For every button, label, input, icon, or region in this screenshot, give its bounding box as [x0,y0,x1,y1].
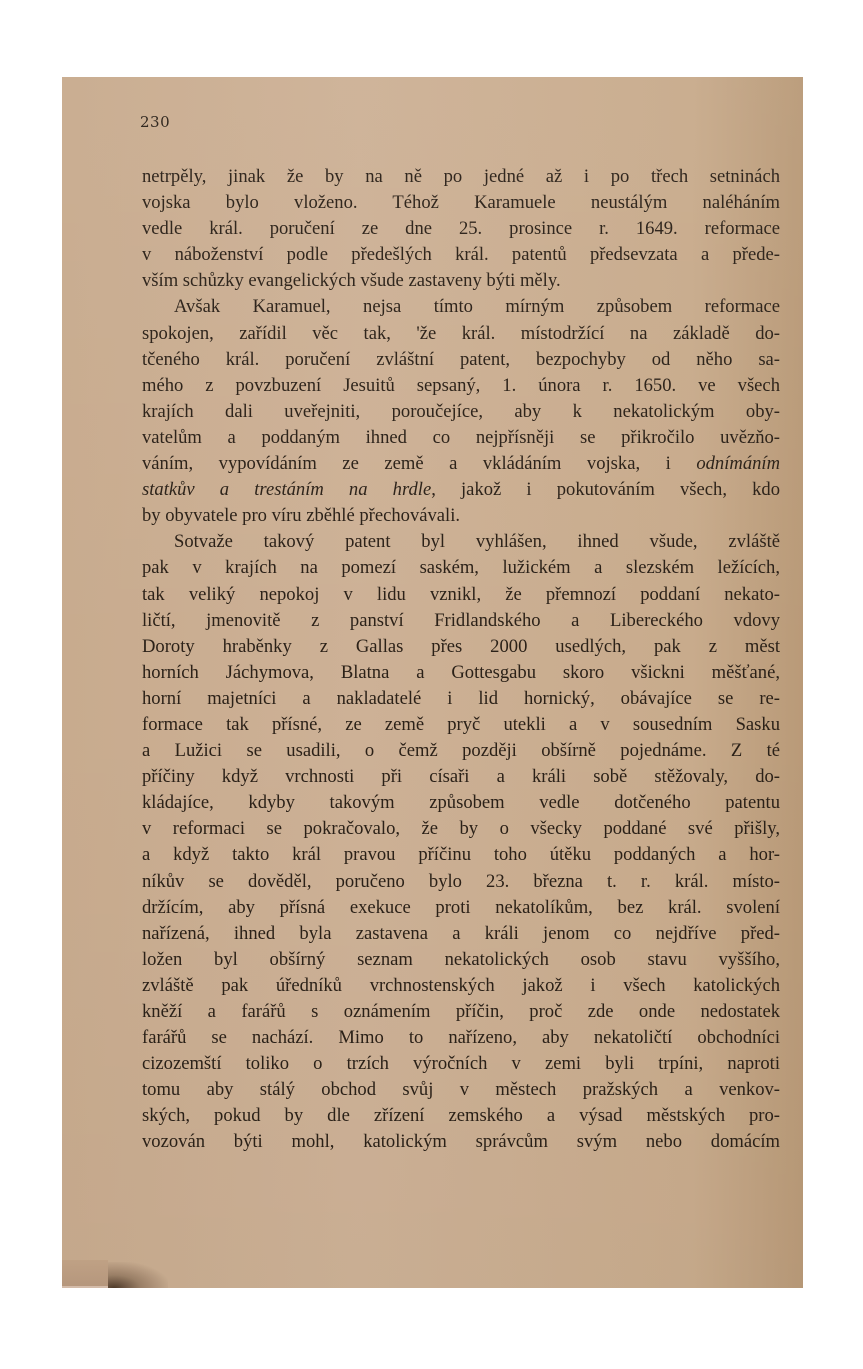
text-line: a Lužici se usadili, o čemž později obší… [142,738,780,764]
page-corner-shadow [62,1260,202,1288]
text-line: cizozemští toliko o trzích výročních v z… [142,1051,780,1077]
page-number: 230 [140,113,170,131]
text-line: Avšak Karamuel, nejsa tímto mírným způso… [142,294,780,320]
text-line: a když takto král pravou příčinu toho út… [142,842,780,868]
text-line: držícím, aby přísná exekuce proti nekato… [142,895,780,921]
text-line: vedle král. poručení ze dne 25. prosince… [142,216,780,242]
text-line: ských, pokud by dle zřízení zemského a v… [142,1103,780,1129]
text-line: vatelům a poddaným ihned co nejpřísněji … [142,425,780,451]
text-line: statkův a trestáním na hrdle, jakož i po… [142,477,780,503]
text-line: farářů se nachází. Mimo to nařízeno, aby… [142,1025,780,1051]
text-line: tčeného král. poručení zvláštní patent, … [142,347,780,373]
body-text: netrpěly, jinak že by na ně po jedné až … [142,164,780,1156]
text-line: kněží a farářů s oznámením příčin, proč … [142,999,780,1025]
text-line: horních Jáchymova, Blatna a Gottesgabu s… [142,660,780,686]
text-line: tak veliký nepokoj v lidu vznikl, že pře… [142,582,780,608]
text-line: ličtí, jmenovitě z panství Fridlandského… [142,608,780,634]
text-line: zvláště pak úředníků vrchnostenských jak… [142,973,780,999]
text-line: vozován býti mohl, katolickým správcům s… [142,1129,780,1155]
text-line: kládajíce, kdyby takovým způsobem vedle … [142,790,780,816]
text-line: mého z povzbuzení Jesuitů sepsaný, 1. ún… [142,373,780,399]
italic-emphasis: statkův a trestáním na hrdle [142,479,431,500]
text-line: by obyvatele pro víru zběhlé přechovával… [142,503,780,529]
book-page: 230 netrpěly, jinak že by na ně po jedné… [62,77,803,1288]
text-line: formace tak přísné, ze země pryč utekli … [142,712,780,738]
text-line: příčiny když vrchnosti při císaři a král… [142,764,780,790]
text-line: netrpěly, jinak že by na ně po jedné až … [142,164,780,190]
text-line: ložen byl obšírný seznam nekatolických o… [142,947,780,973]
binding-shadow [108,1262,168,1288]
text-line: níkův se dověděl, poručeno bylo 23. břez… [142,869,780,895]
text-line: tomu aby stálý obchod svůj v městech pra… [142,1077,780,1103]
text-line: v náboženství podle předešlých král. pat… [142,242,780,268]
text-line: nařízená, ihned byla zastavena a králi j… [142,921,780,947]
text-line: spokojen, zařídil věc tak, 'že král. mís… [142,321,780,347]
italic-emphasis: odnímáním [696,453,780,474]
text-line: krajích dali uveřejniti, poroučejíce, ab… [142,399,780,425]
text-line: váním, vypovídáním ze země a vkládáním v… [142,451,780,477]
text-line: vojska bylo vloženo. Téhož Karamuele neu… [142,190,780,216]
text-line: vším schůzky evangelických všude zastave… [142,268,780,294]
text-line: Sotvaže takový patent byl vyhlášen, ihne… [142,529,780,555]
text-line: Doroty hraběnky z Gallas přes 2000 usedl… [142,634,780,660]
text-line: pak v krajích na pomezí saském, lužickém… [142,555,780,581]
underlying-page-edge [62,1260,108,1288]
text-line: v reformaci se pokračovalo, že by o všec… [142,816,780,842]
text-line: horní majetníci a nakladatelé i lid horn… [142,686,780,712]
